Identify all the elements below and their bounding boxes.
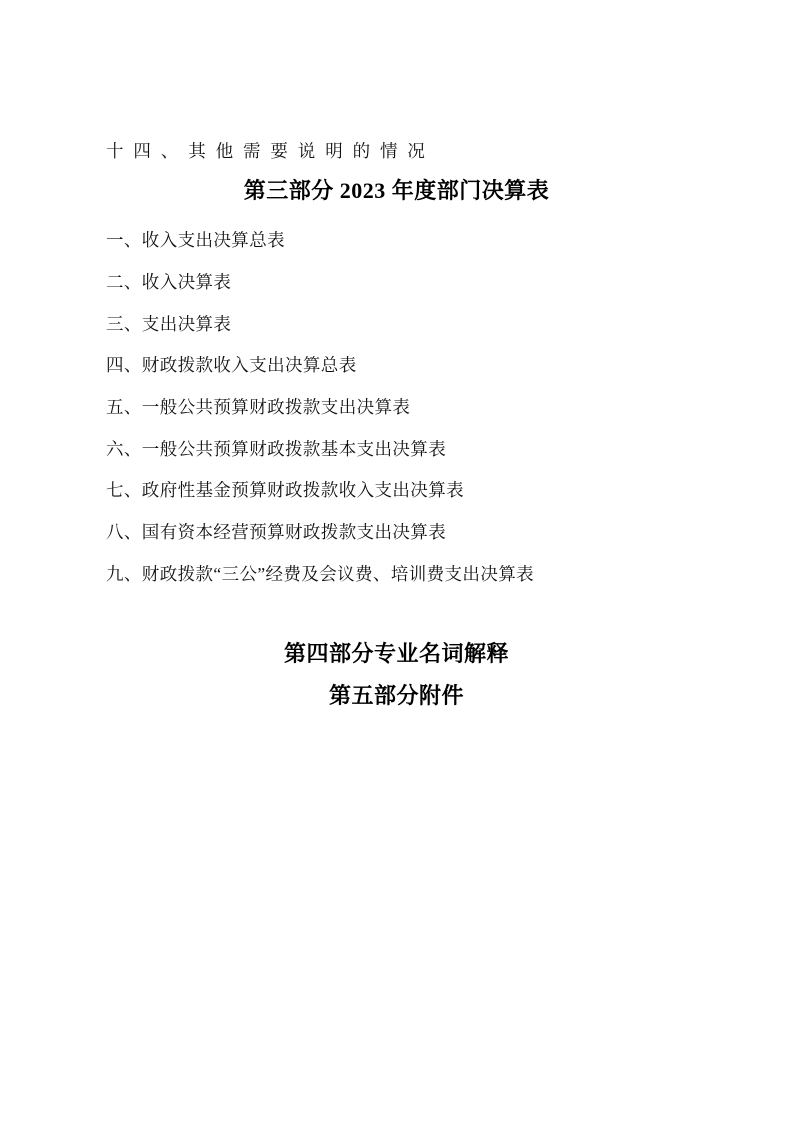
toc-item-6: 六、一般公共预算财政拨款基本支出决算表	[106, 427, 534, 469]
part5-heading: 第五部分附件	[0, 682, 793, 709]
continued-paragraph-line: 十四、其他需要说明的情况	[106, 139, 435, 163]
toc-item-9: 九、财政拨款“三公”经费及会议费、培训费支出决算表	[106, 553, 534, 595]
toc-item-8: 八、国有资本经营预算财政拨款支出决算表	[106, 511, 534, 553]
toc-item-3: 三、支出决算表	[106, 302, 534, 344]
toc-item-4: 四、财政拨款收入支出决算总表	[106, 344, 534, 386]
toc-item-2: 二、收入决算表	[106, 261, 534, 303]
part3-heading: 第三部分 2023 年度部门决算表	[0, 177, 793, 204]
toc-item-1: 一、收入支出决算总表	[106, 219, 534, 261]
toc-item-7: 七、政府性基金预算财政拨款收入支出决算表	[106, 469, 534, 511]
document-page: 十四、其他需要说明的情况 第三部分 2023 年度部门决算表 一、收入支出决算总…	[0, 0, 793, 1122]
toc-list: 一、收入支出决算总表 二、收入决算表 三、支出决算表 四、财政拨款收入支出决算总…	[106, 219, 534, 594]
part4-heading: 第四部分专业名词解释	[0, 640, 793, 667]
toc-item-5: 五、一般公共预算财政拨款支出决算表	[106, 386, 534, 428]
